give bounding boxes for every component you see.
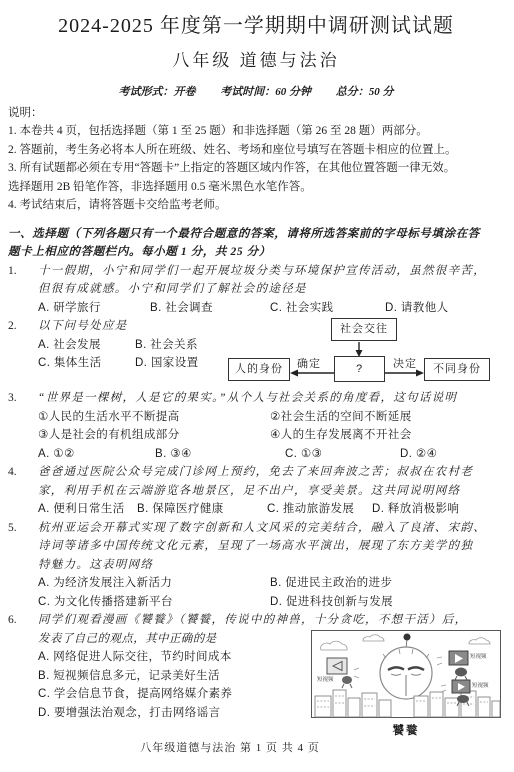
instruction-line: 2. 答题前，考生务必将本人所在班级、姓名、考场和座位号填写在答题卡相应的位置上… bbox=[8, 141, 504, 160]
question-5: 5. 杭州亚运会开幕式实现了数字创新和人文风采的完美结合，融入了良渚、宋韵、 诗… bbox=[8, 519, 504, 612]
page-footer: 八年级道德与法治 第 1 页 共 4 页 bbox=[0, 739, 460, 755]
video-label: 短视频 bbox=[472, 681, 489, 689]
option-d: D. 释放消极影响 bbox=[372, 500, 459, 519]
diagram-box-social-interaction: 社会交往 bbox=[331, 318, 397, 341]
figure-caption: 饕餮 bbox=[308, 724, 504, 739]
question-text-line: 发表了自己的观点，其中正确的是 bbox=[38, 630, 308, 649]
option-a: A. 网络促进人际交往，节约时间成本 bbox=[38, 648, 308, 667]
section-header-line: 题卡上相应的答题栏内。每小题 1 分，共 25 分） bbox=[8, 243, 504, 262]
statement-1: ①人民的生活水平不断提高 bbox=[38, 408, 270, 427]
option-c: C. 学会信息节食，提高网络媒介素养 bbox=[38, 685, 308, 704]
question-text-line: 但很有成就感。小宁和同学们了解社会的途径是 bbox=[38, 280, 504, 299]
creature-icon bbox=[342, 676, 352, 684]
instructions-list: 1. 本卷共 4 页，包括选择题（第 1 至 25 题）和非选择题（第 26 至… bbox=[8, 122, 504, 215]
option-c: C. 社会实践 bbox=[270, 299, 385, 318]
page-subtitle: 八年级 道德与法治 bbox=[8, 50, 504, 72]
diagram-box-question-mark: ? bbox=[334, 356, 385, 382]
exam-form: 考试形式：开卷 bbox=[119, 86, 196, 98]
option-a: A. 为经济发展注入新活力 bbox=[38, 574, 270, 593]
diagram-box-different-identity: 不同身份 bbox=[424, 358, 490, 381]
option-c: C. 推动旅游发展 bbox=[267, 500, 372, 519]
section-header: 一、选择题（下列各题只有一个最符合题意的答案，请将所选答案前的字母标号填涂在答 … bbox=[8, 225, 504, 262]
option-a: A. ①② bbox=[38, 445, 155, 464]
question-2: 2. 以下问号处应是 A. 社会发展 B. 社会关系 C. 集体生活 D. 国家… bbox=[8, 317, 504, 389]
taotie-face bbox=[380, 647, 432, 699]
instruction-line: 1. 本卷共 4 页，包括选择题（第 1 至 25 题）和非选择题（第 26 至… bbox=[8, 122, 504, 141]
option-d: D. 要增强法治观念，打击网络谣言 bbox=[38, 704, 308, 723]
exam-time: 考试时间：60 分钟 bbox=[220, 86, 311, 98]
video-label: 短视频 bbox=[470, 652, 487, 660]
creature-icon bbox=[457, 695, 469, 703]
option-a: A. 便利日常生活 bbox=[38, 500, 137, 519]
page-title: 2024-2025 年度第一学期期中调研测试试题 bbox=[8, 14, 504, 38]
option-d: D. 请教他人 bbox=[385, 299, 449, 318]
option-d: D. 促进科技创新与发展 bbox=[270, 593, 393, 612]
question-6: 6. 同学们观看漫画《饕餮》（饕餮，传说中的神兽，十分贪吃，不想干活）后， 发表… bbox=[8, 611, 504, 739]
option-a: A. 研学旅行 bbox=[38, 299, 150, 318]
question-4: 4. 爸爸通过医院公众号完成门诊网上预约，免去了来回奔波之苦；叔叔在农村老 家，… bbox=[8, 463, 504, 519]
question-text-line: 诗词等诸多中国传统文化元素，呈现了一场高水平演出，展现了东方美学的独 bbox=[38, 537, 504, 556]
question-number: 2. bbox=[8, 317, 38, 389]
question-number: 5. bbox=[8, 519, 38, 612]
instruction-line: 选择题用 2B 铅笔作答，非选择题用 0.5 毫米黑色水笔作答。 bbox=[8, 178, 504, 197]
diagram-label-confirm: 确定 bbox=[297, 358, 321, 370]
option-d: D. ②④ bbox=[400, 445, 437, 464]
question-text-line: 特魅力。这表明网络 bbox=[38, 556, 504, 575]
question-number: 6. bbox=[8, 611, 38, 739]
question-text-line: 爸爸通过医院公众号完成门诊网上预约，免去了来回奔波之苦；叔叔在农村老 bbox=[38, 463, 504, 482]
statement-3: ③人是社会的有机组成部分 bbox=[38, 426, 270, 445]
question-text-line: 十一假期，小宁和同学们一起开展垃圾分类与环境保护宣传活动，虽然很辛苦， bbox=[38, 262, 504, 281]
option-d: D. 国家设置 bbox=[135, 354, 199, 373]
section-header-line: 一、选择题（下列各题只有一个最符合题意的答案，请将所选答案前的字母标号填涂在答 bbox=[8, 225, 504, 244]
option-c: C. ①③ bbox=[285, 445, 400, 464]
exam-score: 总分：50 分 bbox=[336, 86, 394, 98]
question-1: 1. 十一假期，小宁和同学们一起开展垃圾分类与环境保护宣传活动，虽然很辛苦， 但… bbox=[8, 262, 504, 318]
question-number: 4. bbox=[8, 463, 38, 519]
option-b: B. ③④ bbox=[155, 445, 285, 464]
splotch-icon bbox=[404, 633, 411, 640]
option-c: C. 集体生活 bbox=[38, 354, 135, 373]
diagram-label-decide: 决定 bbox=[393, 358, 417, 370]
option-b: B. 社会关系 bbox=[135, 336, 198, 355]
q6-cartoon-figure: 短视频 短视频 bbox=[308, 630, 504, 740]
q2-flow-diagram: 社会交往 ? 人的身份 不同身份 确定 决定 bbox=[228, 318, 496, 392]
arrow-right-icon bbox=[416, 370, 424, 377]
question-number: 3. bbox=[8, 389, 38, 463]
video-label: 短视频 bbox=[317, 675, 334, 683]
question-text-line: 家，利用手机在云端游览各地景区，足不出户，享受美景。这共同说明网络 bbox=[38, 482, 504, 501]
creature-icon bbox=[455, 667, 467, 676]
question-text-line: 同学们观看漫画《饕餮》（饕餮，传说中的神兽，十分贪吃，不想干活）后， bbox=[38, 611, 504, 630]
option-a: A. 社会发展 bbox=[38, 336, 135, 355]
diagram-box-person-identity: 人的身份 bbox=[228, 358, 290, 381]
statement-4: ④人的生存发展离不开社会 bbox=[270, 426, 412, 445]
arrow-left-icon bbox=[290, 370, 298, 377]
option-b: B. 促进民主政治的进步 bbox=[270, 574, 392, 593]
question-text-line: 杭州亚运会开幕式实现了数字创新和人文风采的完美结合，融入了良渚、宋韵、 bbox=[38, 519, 504, 538]
instructions-label: 说明： bbox=[8, 104, 504, 122]
question-3: 3. “世界是一棵树，人是它的果实。”从个人与社会关系的角度看，这句话说明 ①人… bbox=[8, 389, 504, 463]
instruction-line: 3. 所有试题都必须在专用“答题卡”上指定的答题区域内作答，在其他位置答题一律无… bbox=[8, 159, 504, 178]
exam-meta: 考试形式：开卷 考试时间：60 分钟 总分：50 分 bbox=[8, 85, 504, 99]
exam-paper-page: 2024-2025 年度第一学期期中调研测试试题 八年级 道德与法治 考试形式：… bbox=[0, 0, 514, 772]
question-number: 1. bbox=[8, 262, 38, 318]
statement-2: ②社会生活的空间不断延展 bbox=[270, 408, 412, 427]
taotie-cartoon: 短视频 短视频 bbox=[311, 630, 501, 718]
option-b: B. 短视频信息多元，记录美好生活 bbox=[38, 667, 308, 686]
option-c: C. 为文化传播搭建新平台 bbox=[38, 593, 270, 612]
option-b: B. 社会调查 bbox=[150, 299, 270, 318]
option-b: B. 保障医疗健康 bbox=[137, 500, 267, 519]
instruction-line: 4. 考试结束后，请将答题卡交给监考老师。 bbox=[8, 196, 504, 215]
